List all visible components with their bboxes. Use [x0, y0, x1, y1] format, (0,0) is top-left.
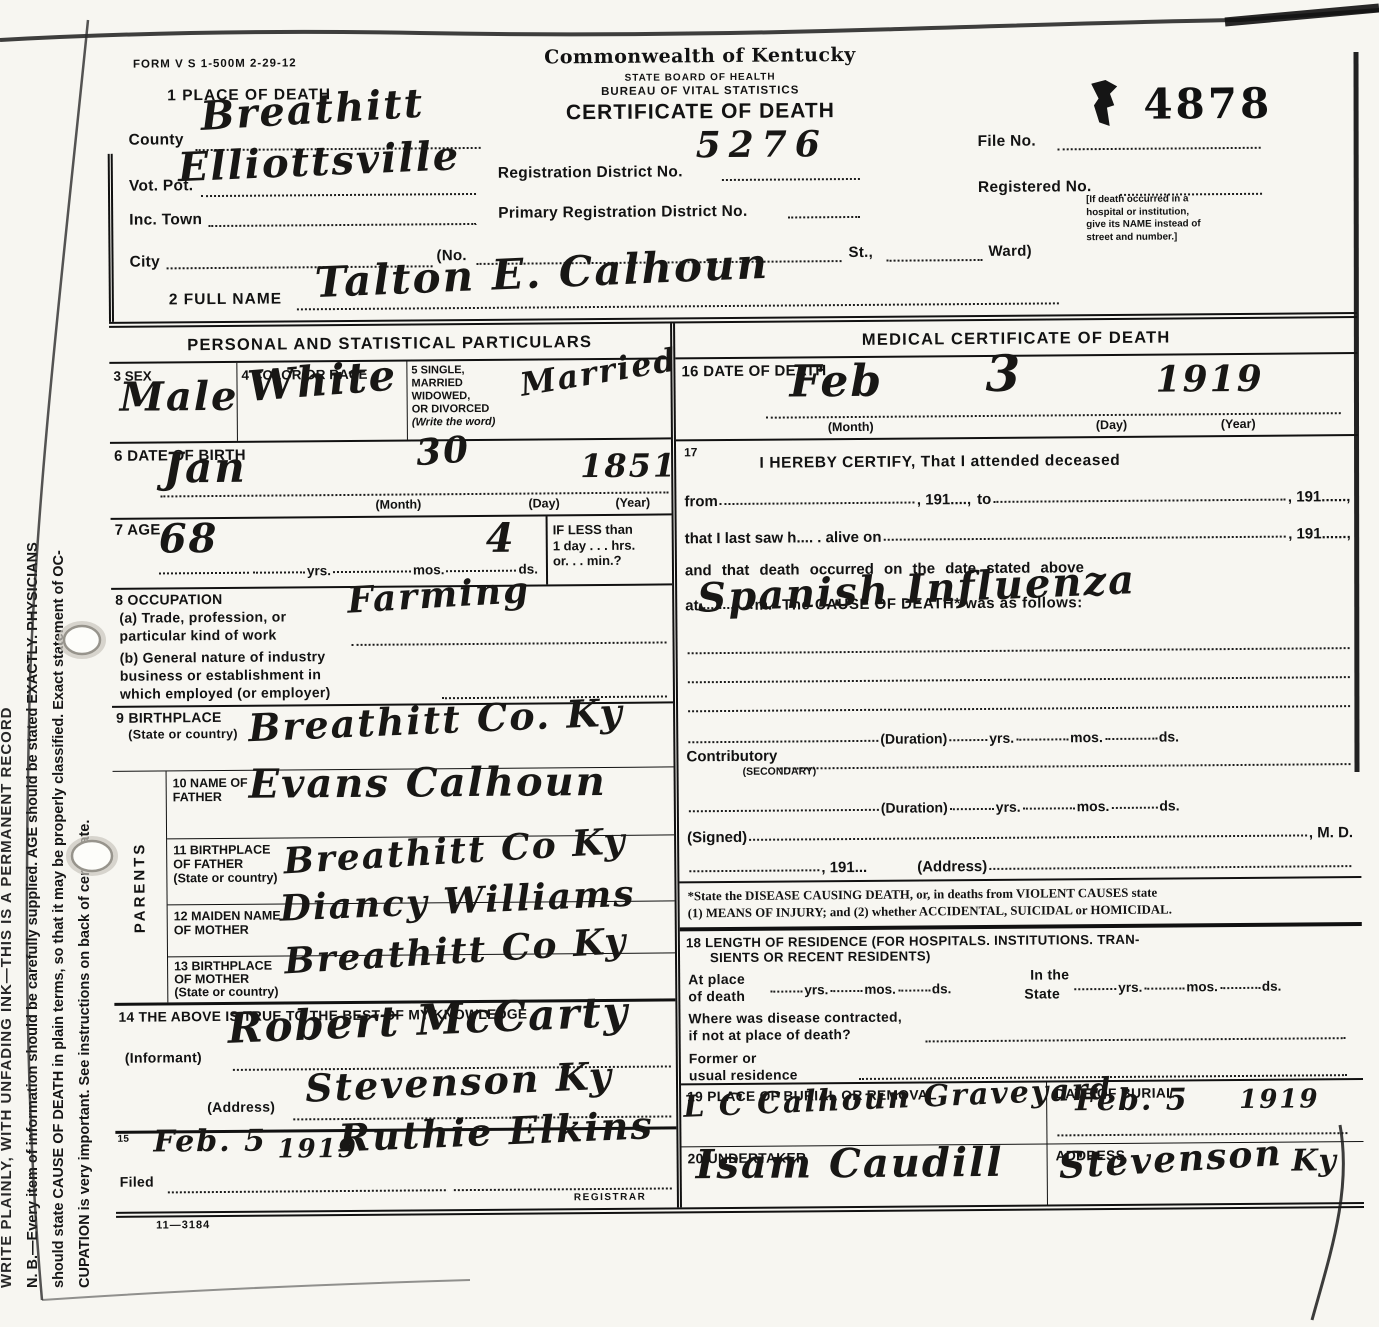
dod-year-caption: (Year): [1221, 417, 1256, 431]
dotted-leader: [950, 808, 994, 810]
certify-statement: I HEREBY CERTIFY, That I attended deceas…: [759, 452, 1120, 473]
dotted-leader: [208, 223, 476, 227]
primary-district-label: Primary Registration District No.: [498, 203, 747, 223]
registration-district-value: 5276: [696, 126, 828, 163]
dotted-leader: [201, 193, 476, 197]
registrar-label: REGISTRAR: [574, 1192, 646, 1204]
contributory-label: Contributory: [686, 748, 777, 766]
dob-month-value: Jan: [163, 447, 247, 490]
residence-block: 18 LENGTH OF RESIDENCE (FOR HOSPITALS. I…: [680, 926, 1363, 1085]
full-name-value: Talton E. Calhoun: [314, 243, 770, 304]
dotted-leader: [1111, 807, 1157, 809]
county-label: County: [129, 131, 184, 149]
inc-town-label: Inc. Town: [129, 211, 202, 230]
certificate-title: CERTIFICATE OF DEATH: [515, 99, 885, 126]
informant-address-label: (Address): [207, 1099, 275, 1116]
dotted-leader: [779, 764, 1350, 770]
dotted-leader: [898, 989, 930, 991]
full-name-label: 2 FULL NAME: [169, 290, 282, 309]
dod-day-caption: (Day): [1096, 418, 1127, 432]
filed-section-no: 15: [117, 1134, 129, 1145]
age-label: 7 AGE: [115, 521, 161, 538]
dod-day-value: 3: [985, 349, 1022, 399]
dotted-leader: [333, 570, 411, 573]
occupation-value: Farming: [346, 572, 531, 619]
dotted-leader: [989, 865, 1351, 870]
file-no-label: File No.: [978, 133, 1037, 151]
dotted-leader: [1220, 987, 1260, 989]
physician-address-label: (Address): [917, 858, 987, 876]
undertaker-address-state-value: Ky: [1292, 1146, 1338, 1176]
dotted-leader: [159, 572, 249, 575]
dotted-leader: [887, 259, 983, 262]
age-yrs-label: yrs.: [307, 563, 331, 578]
dob-year-caption: (Year): [615, 496, 650, 510]
dotted-leader: [830, 990, 862, 992]
parents-label: PARENTS: [131, 841, 149, 933]
dotted-leader: [1144, 987, 1184, 989]
street-label: St.,: [848, 244, 873, 261]
undertaker-value: Isam Caudill: [696, 1143, 1004, 1185]
dotted-leader: [253, 571, 305, 573]
age-days-value: 4: [486, 519, 516, 559]
state-header: Commonwealth of Kentucky STATE BOARD OF …: [515, 44, 886, 126]
bureau-title: BUREAU OF VITAL STATISTICS: [515, 84, 885, 99]
certification-block: 17 I HEREBY CERTIFY, That I attended dec…: [676, 436, 1361, 883]
dotted-leader: [689, 809, 879, 812]
dotted-leader: [949, 739, 987, 741]
secondary-label: (SECONDARY): [743, 766, 817, 779]
cause-footnote: *State the DISEASE CAUSING DEATH, or, in…: [679, 878, 1361, 931]
informant-label: (Informant): [125, 1049, 202, 1066]
dob-month-caption: (Month): [375, 497, 421, 511]
dotted-leader: [352, 641, 667, 645]
precinct-value: Elliottsville: [177, 136, 461, 188]
occupation-label: 8 OCCUPATION: [115, 591, 222, 608]
dob-year-value: 1851: [580, 449, 677, 482]
dotted-leader: [689, 869, 819, 872]
dotted-leader: [297, 302, 1059, 310]
filed-date-value: Feb. 5: [153, 1127, 267, 1158]
burial-year-value: 1919: [1239, 1086, 1320, 1113]
board-title: STATE BOARD OF HEALTH: [515, 71, 885, 85]
dotted-leader: [720, 501, 915, 505]
form-code: FORM V S 1-500M 2-29-12: [133, 57, 297, 70]
dotted-leader: [688, 647, 1350, 654]
father-name-value: Evans Calhoun: [248, 762, 606, 805]
dod-month-value: Feb: [789, 360, 883, 405]
race-value: White: [246, 354, 399, 407]
dotted-leader: [168, 1189, 446, 1193]
dotted-leader: [688, 676, 1350, 683]
city-label: City: [129, 253, 160, 271]
commonwealth-title: Commonwealth of Kentucky: [515, 44, 885, 69]
dob-day-caption: (Day): [528, 496, 559, 510]
dotted-leader: [454, 1187, 672, 1191]
filed-label: Filed: [120, 1174, 154, 1190]
birthplace-subcaption: (State or country): [128, 727, 238, 742]
dotted-leader: [749, 835, 1307, 841]
dotted-leader: [993, 498, 1286, 502]
ink-stamp-mark: [1091, 80, 1117, 126]
dotted-leader: [688, 739, 878, 742]
birthplace-label: 9 BIRTHPLACE: [116, 709, 222, 726]
county-value: Breathitt: [199, 84, 425, 137]
dob-day-value: 30: [415, 431, 472, 471]
certify-no: 17: [684, 445, 697, 459]
death-certificate-scan: WRITE PLAINLY, WITH UNFADING INK—THIS IS…: [0, 0, 1379, 1327]
dotted-leader: [1016, 738, 1068, 740]
if-less-box: IF LESS than 1 day . . . hrs. or. . . mi…: [546, 515, 673, 584]
certificate-body: FORM V S 1-500M 2-29-12 1 PLACE OF DEATH…: [0, 0, 1379, 1327]
dotted-leader: [688, 705, 1350, 712]
left-border-rule: [108, 154, 114, 322]
dotted-leader: [788, 216, 860, 219]
ward-label: Ward): [988, 243, 1032, 260]
dotted-leader: [1023, 808, 1075, 810]
bottom-form-number: 11—3184: [156, 1219, 210, 1231]
signed-label: (Signed): [687, 829, 747, 846]
dotted-leader: [722, 178, 860, 181]
dotted-leader: [1074, 988, 1116, 990]
parents-strip: PARENTS: [113, 771, 169, 1002]
hospital-note: [If death occurred in a hospital or inst…: [1086, 193, 1274, 244]
dotted-leader: [1105, 737, 1157, 739]
dotted-leader: [926, 1037, 1346, 1042]
registered-no-label: Registered No.: [978, 178, 1092, 197]
burial-date-value: Feb. 5: [1075, 1085, 1189, 1116]
file-number-stamp: 4878: [1143, 79, 1272, 129]
dotted-leader: [1058, 147, 1261, 151]
dod-year-value: 1919: [1155, 361, 1263, 398]
dotted-leader: [883, 535, 1286, 540]
age-years-value: 68: [159, 519, 219, 559]
dod-month-caption: (Month): [828, 420, 874, 434]
medical-column: MEDICAL CERTIFICATE OF DEATH 16 DATE OF …: [675, 318, 1364, 1207]
sex-value: Male: [119, 377, 238, 418]
registration-district-label: Registration District No.: [498, 163, 683, 182]
dotted-leader: [770, 990, 802, 992]
